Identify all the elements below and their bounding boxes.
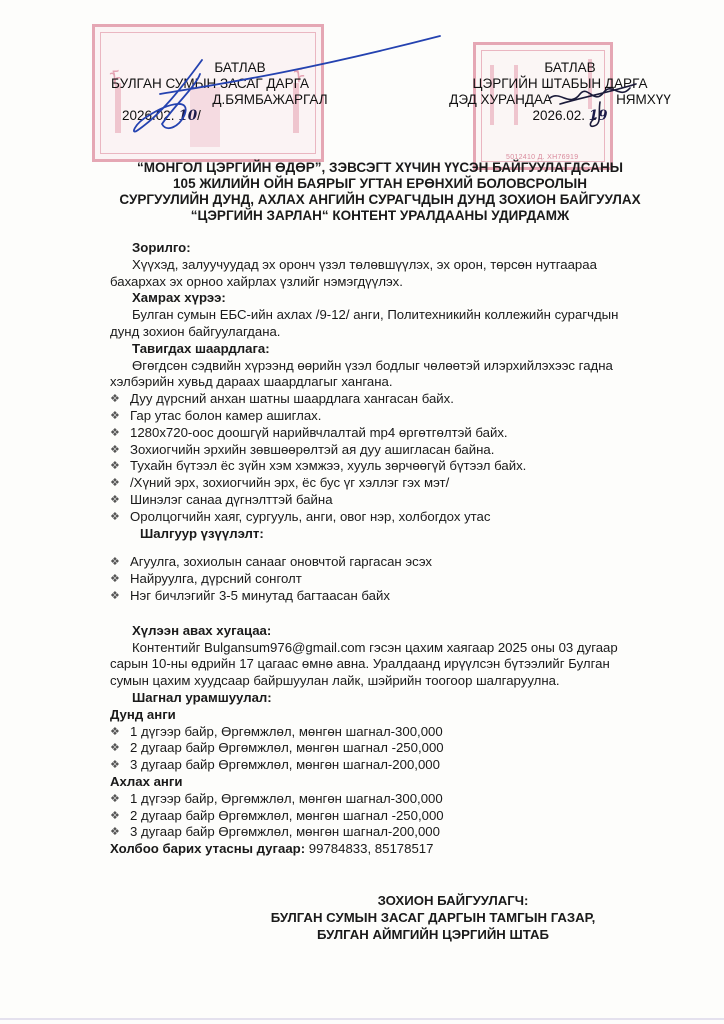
section-heading-scope: Хамрах хүрээ:	[110, 290, 640, 307]
list-item: ❖Зохиогчийн эрхийн зөвшөөрөлтэй ая дуу а…	[110, 442, 640, 459]
list-item: ❖1 дүгээр байр, Өргөмжлөл, мөнгөн шагнал…	[110, 791, 640, 808]
approver-rank-name: ДЭД ХУРАНДААНЯМХҮҮ	[420, 92, 700, 108]
approval-label: БАТЛАВ	[80, 60, 340, 76]
section-heading-requirements: Тавигдах шаардлага:	[110, 341, 640, 358]
prize-group-name: Дунд анги	[110, 707, 640, 724]
approval-label: БАТЛАВ	[420, 60, 700, 76]
organizer-heading: ЗОХИОН БАЙГУУЛАГЧ:	[238, 892, 628, 909]
list-item: ❖Тухайн бүтээл ёс зүйн хэм хэмжээ, хууль…	[110, 458, 640, 475]
document-title: “МОНГОЛ ЦЭРГИЙН ӨДӨР”, ЗЭВСЭГТ ХҮЧИН ҮҮС…	[100, 160, 660, 224]
approval-block-left: БАТЛАВ БУЛГАН СУМЫН ЗАСАГ ДАРГА Д.БЯМБАЖ…	[80, 60, 340, 124]
list-item: ❖3 дугаар байр Өргөмжлөл, мөнгөн шагнал-…	[110, 824, 640, 841]
section-heading-prizes: Шагнал урамшуулал:	[110, 690, 640, 707]
list-item: ❖2 дугаар байр Өргөмжлөл, мөнгөн шагнал …	[110, 808, 640, 825]
list-item: ❖Найруулга, дүрсний сонголт	[110, 571, 640, 588]
document-page: ᠮ ᠮ 5012410 Д. ХН76919 БАТЛАВ БУЛГАН СУМ…	[0, 0, 724, 1024]
section-text-deadline: Контентийг Bulgansum976@gmail.com гэсэн …	[110, 640, 640, 690]
title-line: 105 ЖИЛИЙН ОЙН БАЯРЫГ УГТАН ЕРӨНХИЙ БОЛО…	[100, 176, 660, 192]
approval-block-right: БАТЛАВ ЦЭРГИЙН ШТАБЫН ДАРГА ДЭД ХУРАНДАА…	[420, 60, 700, 124]
list-item: ❖Агуулга, зохиолын санааг оновчтой гарга…	[110, 554, 640, 571]
diamond-bullet-icon: ❖	[110, 724, 120, 741]
section-heading-criteria: Шалгуур үзүүлэлт:	[110, 526, 640, 543]
diamond-bullet-icon: ❖	[110, 492, 120, 509]
list-item: ❖1280x720-оос доошгүй нарийвчлалтай mp4 …	[110, 425, 640, 442]
list-item: ❖3 дугаар байр Өргөмжлөл, мөнгөн шагнал-…	[110, 757, 640, 774]
list-item: ❖Гар утас болон камер ашиглах.	[110, 408, 640, 425]
approver-name: Д.БЯМБАЖАРГАЛ	[80, 92, 340, 108]
section-heading-goal: Зорилго:	[110, 240, 640, 257]
approver-position: ЦЭРГИЙН ШТАБЫН ДАРГА	[420, 76, 700, 92]
prize-list-middle: ❖1 дүгээр байр, Өргөмжлөл, мөнгөн шагнал…	[110, 724, 640, 774]
document-body: Зорилго: Хүүхэд, залуучуудад эх оронч үз…	[110, 240, 640, 858]
contact-line: Холбоо барих утасны дугаар: 99784833, 85…	[110, 841, 640, 858]
diamond-bullet-icon: ❖	[110, 740, 120, 757]
contact-phone: 99784833, 85178517	[309, 841, 434, 856]
scan-edge	[0, 1018, 724, 1020]
section-text-scope: Булган сумын ЕБС-ийн ахлах /9-12/ анги, …	[110, 307, 640, 341]
section-text-goal: Хүүхэд, залуучуудад эх оронч үзэл төлөвш…	[110, 257, 640, 291]
diamond-bullet-icon: ❖	[110, 425, 120, 442]
requirements-list: ❖Дуу дүрсний анхан шатны шаардлага ханга…	[110, 391, 640, 525]
section-heading-deadline: Хүлээн авах хугацаа:	[110, 623, 640, 640]
diamond-bullet-icon: ❖	[110, 475, 120, 492]
organizer-line: БУЛГАН СУМЫН ЗАСАГ ДАРГЫН ТАМГЫН ГАЗАР,	[238, 909, 628, 926]
title-line: “МОНГОЛ ЦЭРГИЙН ӨДӨР”, ЗЭВСЭГТ ХҮЧИН ҮҮС…	[100, 160, 660, 176]
organizer-block: ЗОХИОН БАЙГУУЛАГЧ: БУЛГАН СУМЫН ЗАСАГ ДА…	[238, 892, 628, 943]
diamond-bullet-icon: ❖	[110, 458, 120, 475]
title-line: “ЦЭРГИЙН ЗАРЛАН“ КОНТЕНТ УРАЛДААНЫ УДИРД…	[100, 208, 660, 224]
organizer-line: БУЛГАН АЙМГИЙН ЦЭРГИЙН ШТАБ	[238, 926, 628, 943]
list-item: ❖Дуу дүрсний анхан шатны шаардлага ханга…	[110, 391, 640, 408]
approver-position: БУЛГАН СУМЫН ЗАСАГ ДАРГА	[80, 76, 340, 92]
diamond-bullet-icon: ❖	[110, 588, 120, 605]
diamond-bullet-icon: ❖	[110, 757, 120, 774]
diamond-bullet-icon: ❖	[110, 791, 120, 808]
diamond-bullet-icon: ❖	[110, 808, 120, 825]
criteria-list: ❖Агуулга, зохиолын санааг оновчтой гарга…	[110, 554, 640, 604]
approval-date: 2026.02. 10/	[80, 108, 340, 124]
prize-list-senior: ❖1 дүгээр байр, Өргөмжлөл, мөнгөн шагнал…	[110, 791, 640, 841]
list-item: ❖Нэг бичлэгийг 3-5 минутад багтаасан бай…	[110, 588, 640, 605]
diamond-bullet-icon: ❖	[110, 408, 120, 425]
approval-date: 2026.02. 19	[420, 108, 700, 124]
list-item: ❖Оролцогчийн хаяг, сургууль, анги, овог …	[110, 509, 640, 526]
prize-group-name: Ахлах анги	[110, 774, 640, 791]
list-item: ❖Шинэлэг санаа дүгнэлттэй байна	[110, 492, 640, 509]
diamond-bullet-icon: ❖	[110, 571, 120, 588]
diamond-bullet-icon: ❖	[110, 391, 120, 408]
diamond-bullet-icon: ❖	[110, 442, 120, 459]
diamond-bullet-icon: ❖	[110, 554, 120, 571]
list-item: ❖1 дүгээр байр, Өргөмжлөл, мөнгөн шагнал…	[110, 724, 640, 741]
section-text-requirements: Өгөгдсөн сэдвийн хүрээнд өөрийн үзэл бод…	[110, 358, 640, 392]
list-item: ❖2 дугаар байр Өргөмжлөл, мөнгөн шагнал …	[110, 740, 640, 757]
diamond-bullet-icon: ❖	[110, 824, 120, 841]
diamond-bullet-icon: ❖	[110, 509, 120, 526]
list-item: ❖/Хүний эрх, зохиогчийн эрх, ёс бус үг х…	[110, 475, 640, 492]
title-line: СУРГУУЛИЙН ДУНД, АХЛАХ АНГИЙН СУРАГЧДЫН …	[100, 192, 660, 208]
